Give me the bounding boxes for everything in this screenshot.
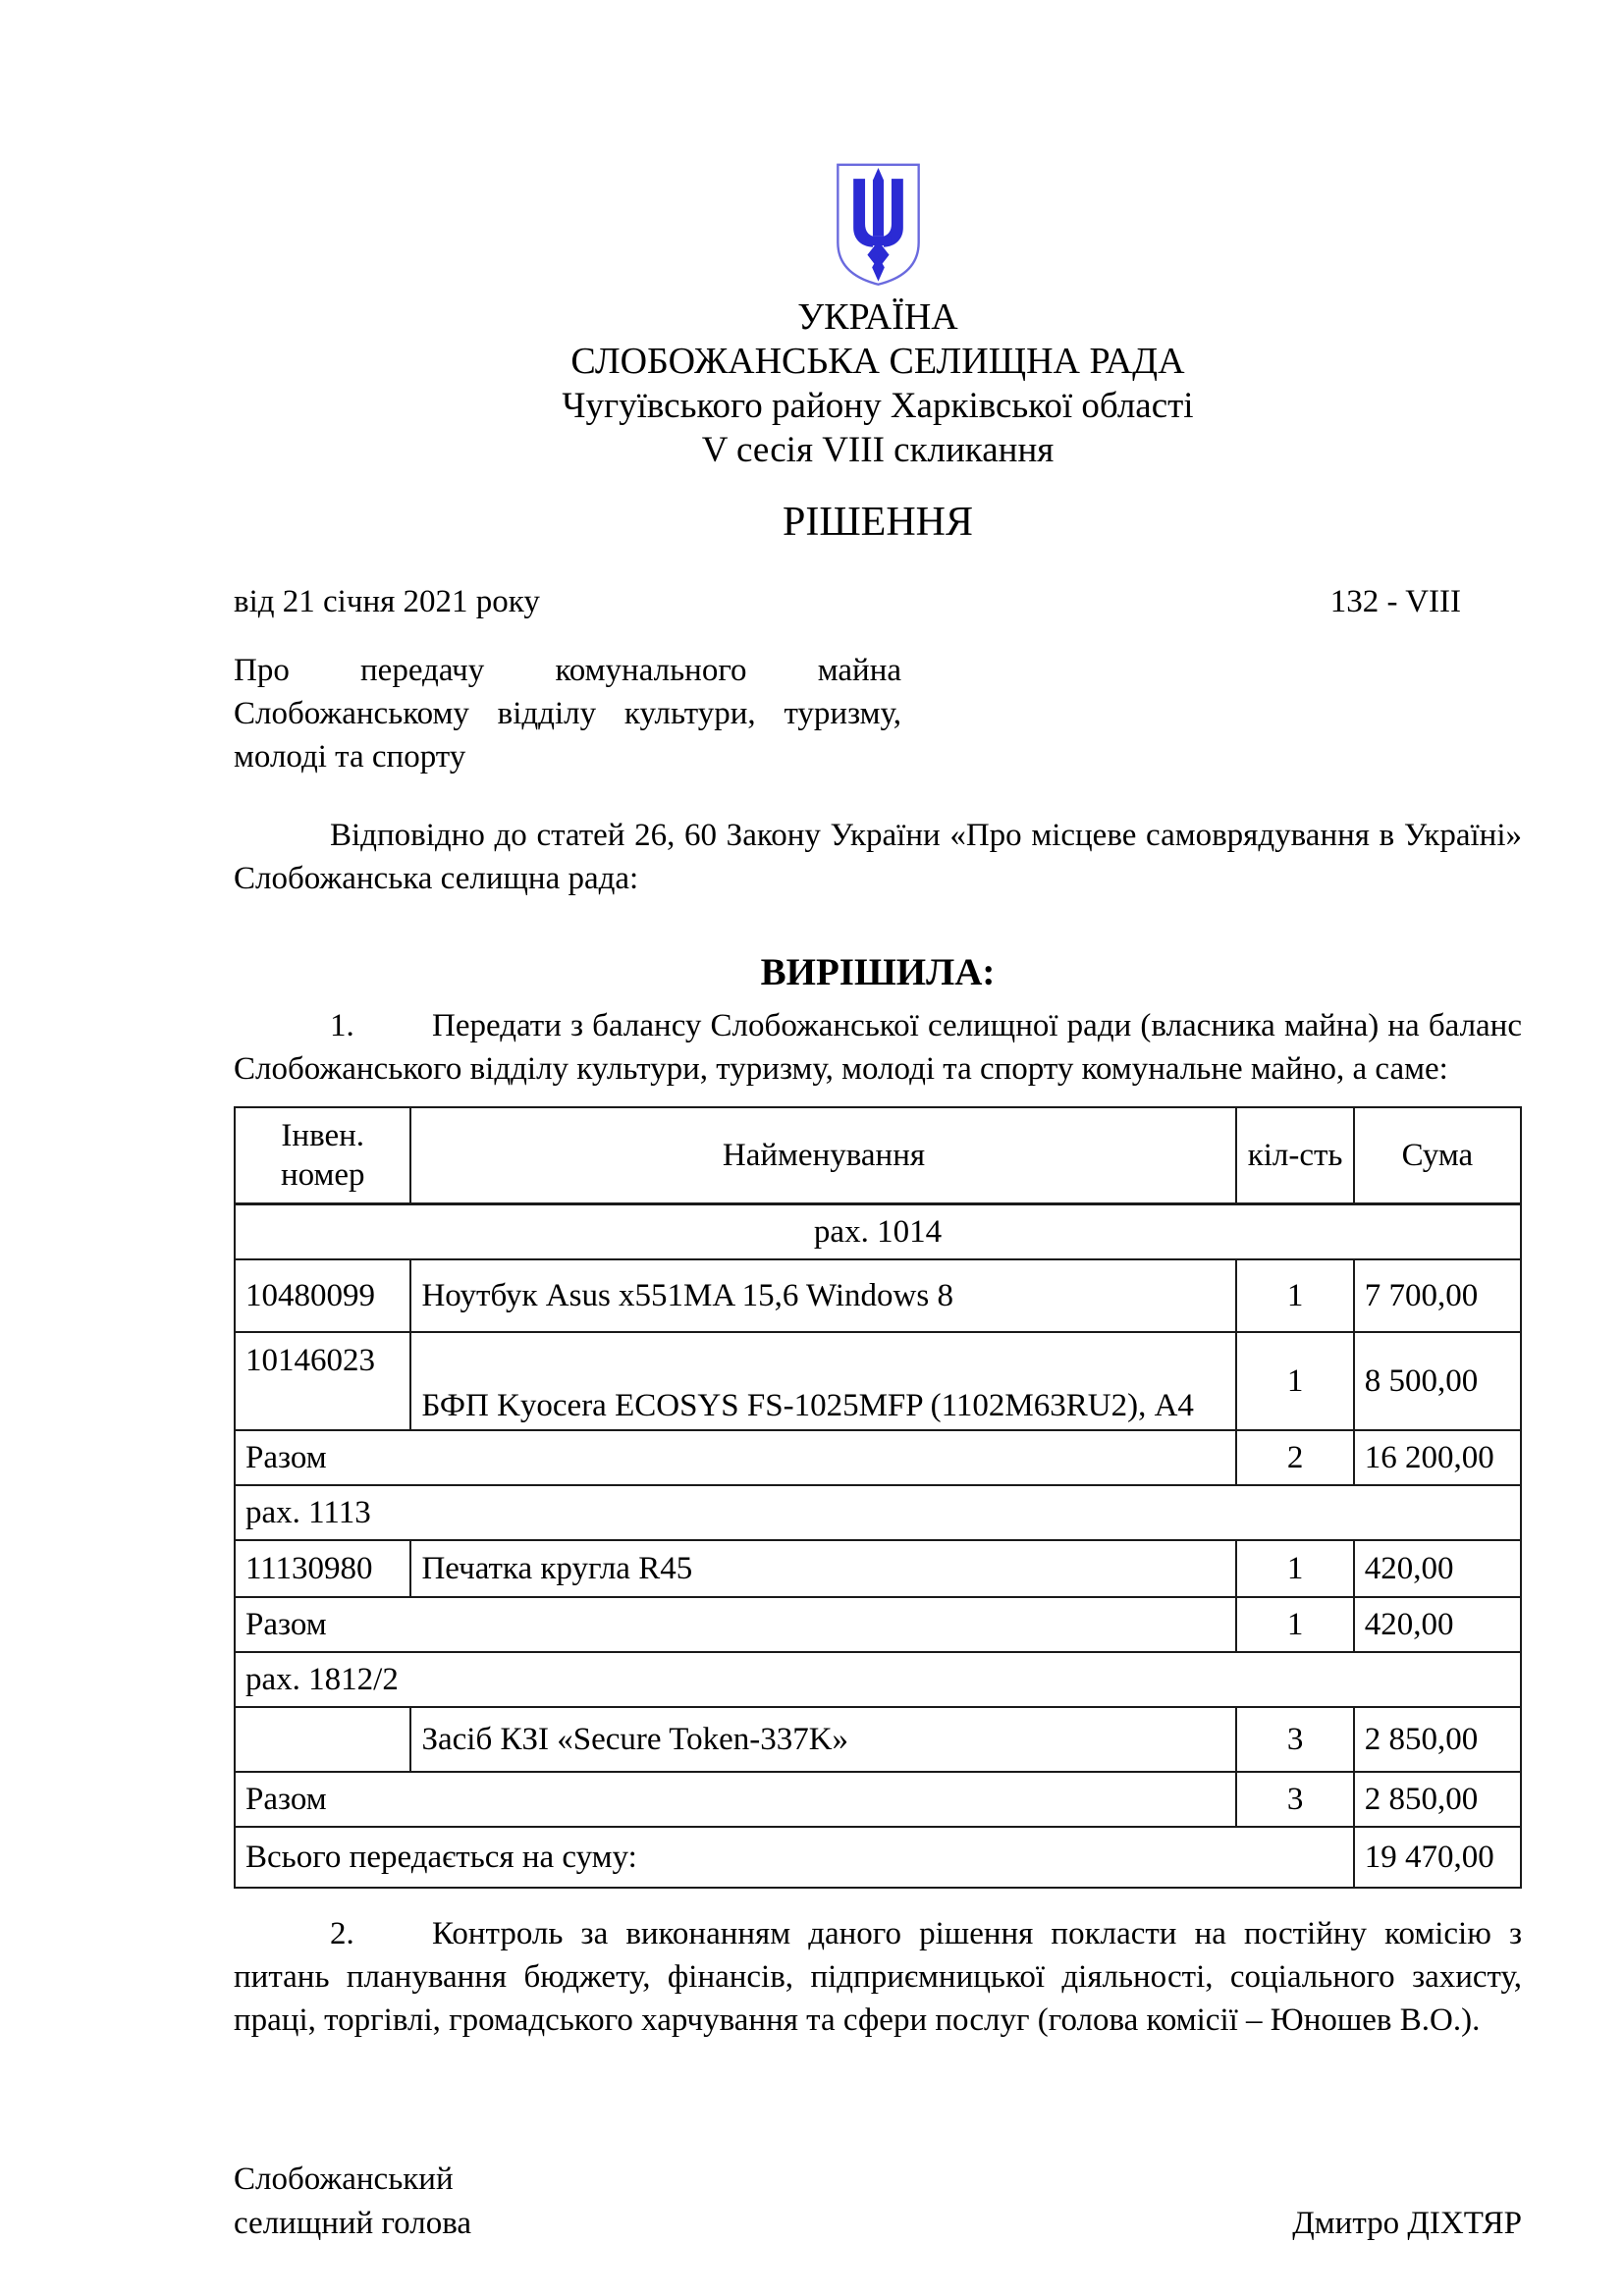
section-total-row: Разом 3 2 850,00 <box>235 1772 1521 1827</box>
session-line: V сесія VIII скликання <box>234 428 1522 472</box>
cell-name: Печатка кругла R45 <box>410 1540 1236 1597</box>
col-header-sum: Сума <box>1354 1107 1521 1204</box>
section-total-row: Разом 2 16 200,00 <box>235 1430 1521 1485</box>
col-header-inventory-number: Інвен. номер <box>235 1107 410 1204</box>
document-header: УКРАЇНА СЛОБОЖАНСЬКА СЕЛИЩНА РАДА Чугуїв… <box>234 0 1522 547</box>
resolution-item-1: 1.Передати з балансу Слобожанської селищ… <box>234 1004 1522 1091</box>
meta-row: від 21 січня 2021 року 132 - VIII <box>234 580 1522 623</box>
section-row-1812-2: рах. 1812/2 <box>235 1652 1521 1707</box>
item-number: 1. <box>330 1004 432 1047</box>
document-date: від 21 січня 2021 року <box>234 580 540 623</box>
preamble: Відповідно до статей 26, 60 Закону Украї… <box>234 814 1522 900</box>
cell-name: Ноутбук Asus x551MA 15,6 Windows 8 <box>410 1259 1236 1332</box>
section-title: рах. 1014 <box>235 1204 1521 1260</box>
table-row: 10146023 БФП Kyocera ECOSYS FS-1025MFP (… <box>235 1332 1521 1430</box>
preamble-line: Слобожанська селищна рада: <box>234 857 1522 900</box>
district-line: Чугуївського району Харківської області <box>234 384 1522 428</box>
preamble-line: Відповідно до статей 26, 60 Закону Украї… <box>234 814 1522 857</box>
grand-total-sum: 19 470,00 <box>1354 1827 1521 1888</box>
cell-quantity: 3 <box>1236 1707 1353 1772</box>
cell-sum: 420,00 <box>1354 1540 1521 1597</box>
resolution-heading: ВИРІШИЛА: <box>234 949 1522 996</box>
item-number: 2. <box>330 1912 432 1955</box>
cell-sum: 16 200,00 <box>1354 1430 1521 1485</box>
cell-name: БФП Kyocera ECOSYS FS-1025MFP (1102M63RU… <box>410 1332 1236 1430</box>
cell-quantity: 1 <box>1236 1332 1353 1430</box>
cell-sum: 420,00 <box>1354 1597 1521 1652</box>
section-total-row: Разом 1 420,00 <box>235 1597 1521 1652</box>
table-row: 10480099 Ноутбук Asus x551MA 15,6 Window… <box>235 1259 1521 1332</box>
total-label: Разом <box>235 1772 1236 1827</box>
cell-quantity: 1 <box>1236 1259 1353 1332</box>
section-title: рах. 1812/2 <box>235 1652 1521 1707</box>
document-type-title: РІШЕННЯ <box>234 498 1522 547</box>
col-header-name: Найменування <box>410 1107 1236 1204</box>
table-row: Засіб КЗІ «Secure Token-337K» 3 2 850,00 <box>235 1707 1521 1772</box>
grand-total-label: Всього передається на суму: <box>235 1827 1354 1888</box>
signer-position-line: селищний голова <box>234 2202 471 2246</box>
section-title: рах. 1113 <box>235 1485 1521 1540</box>
ukraine-trident-emblem-icon <box>832 160 925 288</box>
signature-block: Слобожанський селищний голова Дмитро ДІХ… <box>234 2158 1522 2246</box>
resolution-item-2: 2.Контроль за виконанням даного рішення … <box>234 1912 1522 2042</box>
cell-quantity: 2 <box>1236 1430 1353 1485</box>
item-line: питань планування бюджету, фінансів, під… <box>234 1955 1522 1999</box>
col-header-quantity: кіл-сть <box>1236 1107 1353 1204</box>
item-line: Слобожанського відділу культури, туризму… <box>234 1047 1522 1091</box>
cell-inventory: 10146023 <box>235 1332 410 1430</box>
cell-quantity: 1 <box>1236 1540 1353 1597</box>
assets-table: Інвен. номер Найменування кіл-сть Сума р… <box>234 1106 1522 1889</box>
cell-name: Засіб КЗІ «Secure Token-337K» <box>410 1707 1236 1772</box>
item-line: 1.Передати з балансу Слобожанської селищ… <box>234 1004 1522 1047</box>
subject-line: Про передачу комунального майна <box>234 649 901 692</box>
item-text: Передати з балансу Слобожанської селищно… <box>432 1008 1522 1043</box>
table-header-row: Інвен. номер Найменування кіл-сть Сума <box>235 1107 1521 1204</box>
subject-line: молоді та спорту <box>234 735 901 778</box>
document-number: 132 - VIII <box>1330 580 1461 623</box>
subject-line: Слобожанському відділу культури, туризму… <box>234 692 901 735</box>
cell-sum: 2 850,00 <box>1354 1772 1521 1827</box>
grand-total-row: Всього передається на суму: 19 470,00 <box>235 1827 1521 1888</box>
cell-sum: 2 850,00 <box>1354 1707 1521 1772</box>
total-label: Разом <box>235 1430 1236 1485</box>
cell-sum: 8 500,00 <box>1354 1332 1521 1430</box>
cell-sum: 7 700,00 <box>1354 1259 1521 1332</box>
subject-block: Про передачу комунального майна Слобожан… <box>234 649 901 778</box>
signer-name: Дмитро ДІХТЯР <box>1292 2202 1522 2246</box>
signer-position-line: Слобожанський <box>234 2158 1522 2202</box>
section-row-1113: рах. 1113 <box>235 1485 1521 1540</box>
council-name: СЛОБОЖАНСЬКА СЕЛИЩНА РАДА <box>234 340 1522 384</box>
table-row: 11130980 Печатка кругла R45 1 420,00 <box>235 1540 1521 1597</box>
document-page: УКРАЇНА СЛОБОЖАНСЬКА СЕЛИЩНА РАДА Чугуїв… <box>0 0 1624 2296</box>
item-text: Контроль за виконанням даного рішення по… <box>432 1916 1522 1951</box>
cell-quantity: 3 <box>1236 1772 1353 1827</box>
country-name: УКРАЇНА <box>234 295 1522 340</box>
cell-inventory: 11130980 <box>235 1540 410 1597</box>
cell-inventory: 10480099 <box>235 1259 410 1332</box>
total-label: Разом <box>235 1597 1236 1652</box>
item-line: праці, торгівлі, громадського харчування… <box>234 1999 1522 2042</box>
item-line: 2.Контроль за виконанням даного рішення … <box>234 1912 1522 1955</box>
cell-quantity: 1 <box>1236 1597 1353 1652</box>
section-row-1014: рах. 1014 <box>235 1204 1521 1260</box>
cell-inventory <box>235 1707 410 1772</box>
